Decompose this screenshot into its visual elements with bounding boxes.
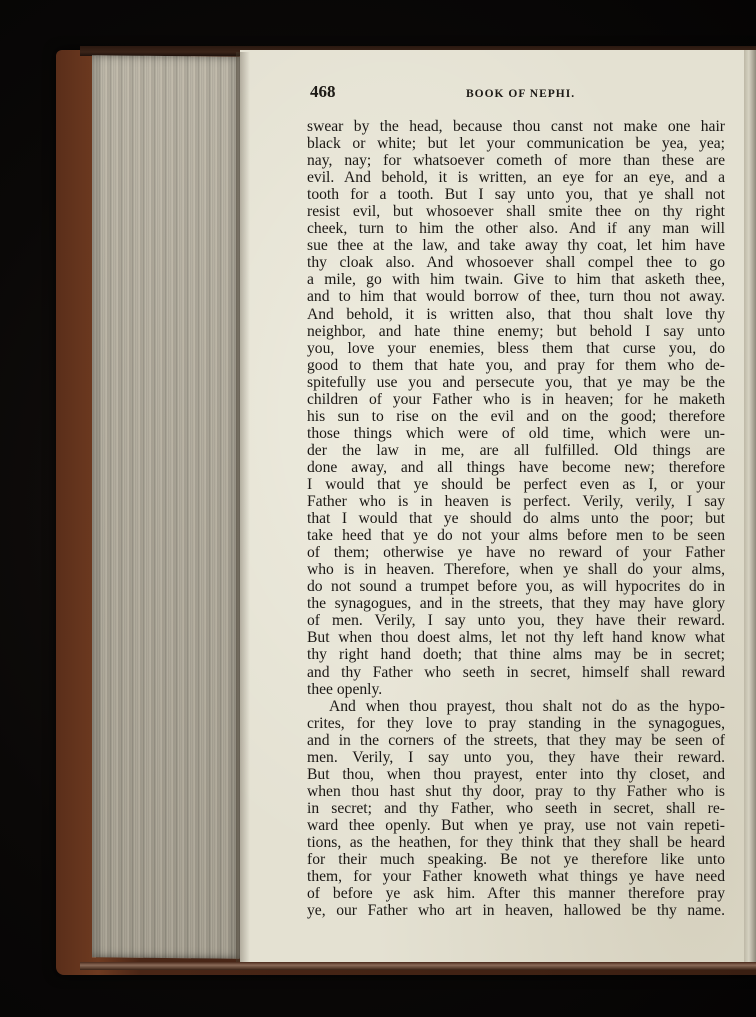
text-line: Father who is in heaven is perfect. Veri…: [307, 493, 725, 510]
text-line: done away, and all things have become ne…: [307, 459, 725, 476]
text-line: and thy Father who seeth in secret, hims…: [307, 664, 725, 681]
text-line: But when thou doest alms, let not thy le…: [307, 629, 725, 646]
text-line: And behold, it is written also, that tho…: [307, 306, 725, 323]
page-number: 468: [310, 82, 336, 102]
text-line: you, love your enemies, bless them that …: [307, 340, 725, 357]
text-line: in secret; and thy Father, who seeth in …: [307, 800, 725, 817]
next-page-edge: [744, 50, 756, 962]
text-line: ye, our Father who art in heaven, hallow…: [307, 902, 725, 919]
text-line: But thou, when thou prayest, enter into …: [307, 766, 725, 783]
text-line: I would that ye should be perfect even a…: [307, 476, 725, 493]
text-line: resist evil, but whosoever shall smite t…: [307, 203, 725, 220]
text-line: der the law in me, are all fulfilled. Ol…: [307, 442, 725, 459]
text-line: evil. And behold, it is written, an eye …: [307, 169, 725, 186]
text-line: a mile, go with him twain. Give to him t…: [307, 271, 725, 288]
text-line: good to them that hate you, and pray for…: [307, 357, 725, 374]
running-title: BOOK OF NEPHI.: [466, 88, 575, 100]
text-line: cheek, turn to him the other also. And i…: [307, 220, 725, 237]
text-line: his sun to rise on the evil and on the g…: [307, 408, 725, 425]
paragraph-start-line: And when thou prayest, thou shalt not do…: [307, 698, 725, 715]
text-line: neighbor, and hate thine enemy; but beho…: [307, 323, 725, 340]
text-line: for their much speaking. Be not ye there…: [307, 851, 725, 868]
text-line: thy right hand doeth; that thine alms ma…: [307, 646, 725, 663]
text-line: spitefully use you and persecute you, th…: [307, 374, 725, 391]
text-line: nay, nay; for whatsoever cometh of more …: [307, 152, 725, 169]
text-line: swear by the head, because thou canst no…: [307, 118, 725, 135]
text-line: sue thee at the law, and take away thy c…: [307, 237, 725, 254]
text-line: take heed that ye do not your alms befor…: [307, 527, 725, 544]
page-stack-edge: [92, 55, 242, 959]
text-line: of them; otherwise ye have no reward of …: [307, 544, 725, 561]
text-line: who is in heaven. Therefore, when ye sha…: [307, 561, 725, 578]
text-line: tooth for a tooth. But I say unto you, t…: [307, 186, 725, 203]
text-line: crites, for they love to pray standing i…: [307, 715, 725, 732]
text-line: thee openly.: [307, 681, 725, 698]
page-header: 468 BOOK OF NEPHI.: [310, 80, 730, 104]
text-line: when thou hast shut thy door, pray to th…: [307, 783, 725, 800]
text-line: the synagogues, and in the streets, that…: [307, 595, 725, 612]
text-line: that I would that ye should do alms unto…: [307, 510, 725, 527]
text-line: and in the corners of the streets, that …: [307, 732, 725, 749]
text-line: thy cloak also. And whosoever shall comp…: [307, 254, 725, 271]
body-text: swear by the head, because thou canst no…: [307, 118, 725, 919]
text-line: of before ye ask him. After this manner …: [307, 885, 725, 902]
text-line: children of your Father who is in heaven…: [307, 391, 725, 408]
text-line: them, for your Father knoweth what thing…: [307, 868, 725, 885]
text-line: men. Verily, I say unto you, they have t…: [307, 749, 725, 766]
page-gutter-shadow: [236, 52, 250, 962]
text-line: of men. Verily, I say unto you, they hav…: [307, 612, 725, 629]
text-line: and to him that would borrow of thee, tu…: [307, 288, 725, 305]
cover-bottom-edge: [80, 962, 756, 970]
text-line: those things which were of old time, whi…: [307, 425, 725, 442]
text-line: tions, as the heathen, for they think th…: [307, 834, 725, 851]
text-line: do not sound a trumpet before you, as wi…: [307, 578, 725, 595]
text-line: ward thee openly. But when ye pray, use …: [307, 817, 725, 834]
text-line: black or white; but let your communicati…: [307, 135, 725, 152]
